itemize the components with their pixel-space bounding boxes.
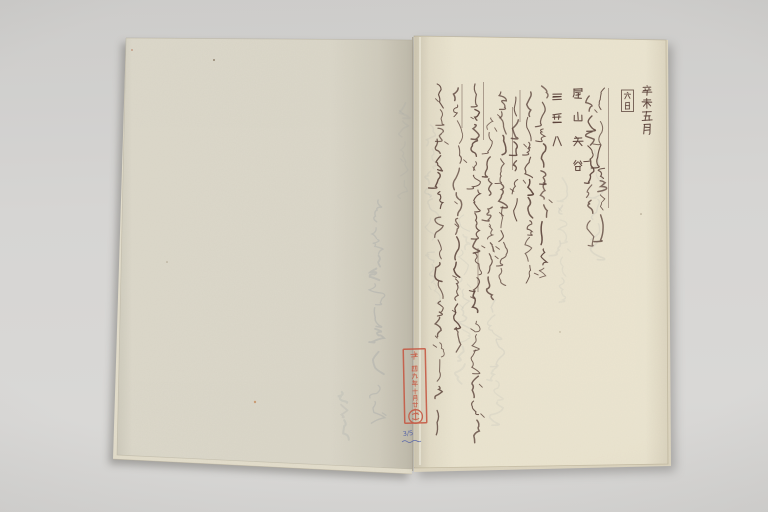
right-page-group <box>0 0 768 512</box>
right-page-crease-highlight <box>419 37 421 465</box>
right-page <box>0 0 768 512</box>
right-page-edge-shade <box>645 38 668 466</box>
photograph-scene: 3/5 <box>0 0 768 512</box>
